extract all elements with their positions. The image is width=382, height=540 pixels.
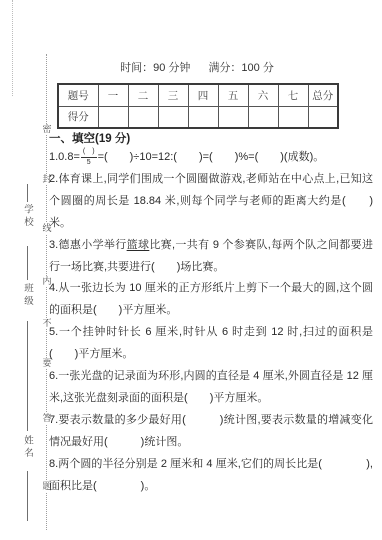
score-cell xyxy=(278,106,308,128)
questions-list: 1.0.8=( )5=( )÷10=12:( )=( )%=( )(成数)。 2… xyxy=(49,147,373,498)
score-cell xyxy=(128,106,158,128)
score-col-2: 二 xyxy=(128,84,158,106)
score-col-1: 一 xyxy=(98,84,128,106)
name-blank-line xyxy=(27,471,28,521)
score-col-4: 四 xyxy=(188,84,218,106)
class-blank-line xyxy=(27,321,28,431)
score-col-6: 六 xyxy=(248,84,278,106)
paper-header: 时间：90 分钟满分：100 分 xyxy=(57,59,337,75)
question-4: 4.从一张边长为 10 厘米的正方形纸片上剪下一个最大的圆,这个圆的面积是( )… xyxy=(49,278,373,322)
score-col-5: 五 xyxy=(218,84,248,106)
score-cell xyxy=(248,106,278,128)
score-row-label: 得分 xyxy=(58,106,98,128)
question-3-pre: 3.德惠小学举行 xyxy=(49,239,127,251)
question-2: 2.体育课上,同学们围成一个圆圈做游戏,老师站在中心点上,已知这个圆圈的周长是 … xyxy=(49,169,373,235)
question-1-pre: 1.0.8= xyxy=(49,151,80,163)
question-3-underlined-term: 篮球 xyxy=(127,239,150,251)
score-col-3: 三 xyxy=(158,84,188,106)
score-table: 题号 一 二 三 四 五 六 七 总分 得分 xyxy=(57,83,339,129)
score-cell xyxy=(98,106,128,128)
full-score-label: 满分：100 分 xyxy=(208,62,273,74)
exam-paper-page: 密 封 线 内 不 要 答 题 学校 班级 姓名 时间：90 分钟满分：100 … xyxy=(0,0,382,540)
question-6: 6.一张光盘的记录面为环形,内圆的直径是 4 厘米,外圆直径是 12 厘米,这张… xyxy=(49,366,373,410)
score-table-corner: 题号 xyxy=(58,84,98,106)
question-1-post: =( )÷10=12:( )=( )%=( )(成数)。 xyxy=(98,151,325,163)
question-5: 5.一个挂钟时针长 6 厘米,时针从 6 时走到 12 时,扫过的面积是( )平… xyxy=(49,322,373,366)
fraction: ( )5 xyxy=(81,148,97,167)
fraction-numerator: ( ) xyxy=(81,148,97,158)
class-label: 班级 xyxy=(20,283,34,308)
school-blank-line xyxy=(27,246,28,280)
score-col-7: 七 xyxy=(278,84,308,106)
score-table-score-row: 得分 xyxy=(58,106,338,128)
score-col-total: 总分 xyxy=(308,84,338,106)
score-table-header-row: 题号 一 二 三 四 五 六 七 总分 xyxy=(58,84,338,106)
page-fold-dotted-line xyxy=(12,0,13,96)
score-cell xyxy=(188,106,218,128)
question-1: 1.0.8=( )5=( )÷10=12:( )=( )%=( )(成数)。 xyxy=(49,147,373,169)
school-blank-line xyxy=(27,184,28,202)
name-label: 姓名 xyxy=(20,435,34,460)
school-label: 学校 xyxy=(20,204,34,229)
question-3: 3.德惠小学举行篮球比赛,一共有 9 个参赛队,每两个队之间都要进行一场比赛,共… xyxy=(49,235,373,279)
score-cell xyxy=(158,106,188,128)
fraction-denominator: 5 xyxy=(81,158,97,167)
section-title: 一、填空(19 分) xyxy=(49,130,130,146)
question-8: 8.两个圆的半径分别是 2 厘米和 4 厘米,它们的周长比是( ),面积比是( … xyxy=(49,454,373,498)
question-7: 7.要表示数量的多少最好用( )统计图,要表示数量的增减变化情况最好用( )统计… xyxy=(49,410,373,454)
time-label: 时间：90 分钟 xyxy=(120,62,190,74)
score-cell xyxy=(218,106,248,128)
score-cell xyxy=(308,106,338,128)
